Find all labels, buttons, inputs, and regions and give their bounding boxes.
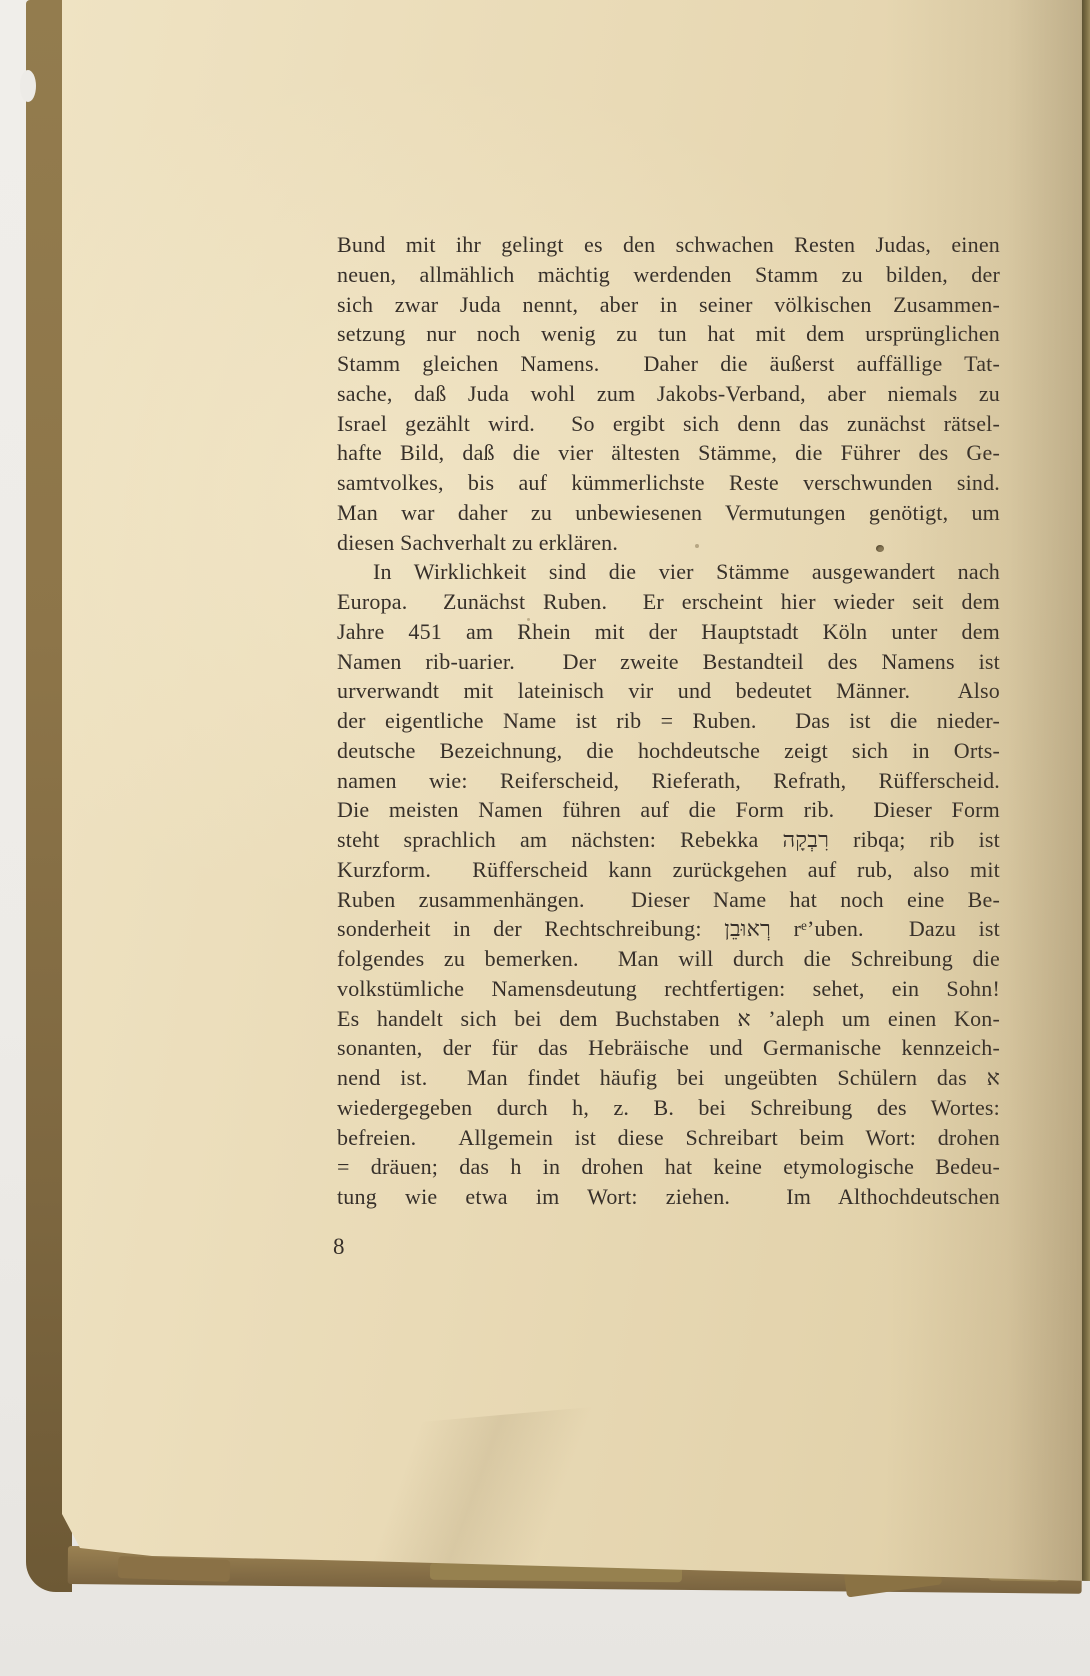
text-line: wiedergegeben durch h, z. B. bei Schreib… [337, 1093, 1000, 1123]
text-line: folgendes zu bemerken. Man will durch di… [337, 944, 1000, 974]
text-line: Europa. Zunächst Ruben. Er erscheint hie… [337, 587, 1000, 617]
text-line: Namen rib-uarier. Der zweite Bestandteil… [337, 647, 1000, 677]
text-line: diesen Sachverhalt zu erklären. [337, 528, 1000, 558]
page-number: 8 [333, 1232, 345, 1262]
text-line: Bund mit ihr gelingt es den schwachen Re… [337, 230, 1000, 260]
text-line: In Wirklichkeit sind die vier Stämme aus… [337, 557, 1000, 587]
text-line: sonderheit in der Rechtschreibung: רְאוּ… [337, 914, 1000, 944]
body-text: Bund mit ihr gelingt es den schwachen Re… [337, 230, 1000, 1212]
text-line: sache, daß Juda wohl zum Jakobs-Verband,… [337, 379, 1000, 409]
text-line: Ruben zusammenhängen. Dieser Name hat no… [337, 885, 1000, 915]
paragraph: Bund mit ihr gelingt es den schwachen Re… [337, 230, 1000, 557]
text-line: sonanten, der für das Hebräische und Ger… [337, 1033, 1000, 1063]
text-line: = dräuen; das h in drohen hat keine etym… [337, 1152, 1000, 1182]
text-line: befreien. Allgemein ist diese Schreibart… [337, 1123, 1000, 1153]
paper-speck [876, 545, 884, 552]
text-line: Es handelt sich bei dem Buchstaben א ’al… [337, 1004, 1000, 1034]
text-line: der eigentliche Name ist rib = Ruben. Da… [337, 706, 1000, 736]
text-line: Man war daher zu unbewiesenen Vermutunge… [337, 498, 1000, 528]
text-line: setzung nur noch wenig zu tun hat mit de… [337, 319, 1000, 349]
text-line: Israel gezählt wird. So ergibt sich denn… [337, 409, 1000, 439]
text-line: urverwandt mit lateinisch vir und bedeut… [337, 676, 1000, 706]
text-line: steht sprachlich am nächsten: Rebekka רִ… [337, 825, 1000, 855]
text-line: Stamm gleichen Namens. Daher die äußerst… [337, 349, 1000, 379]
text-line: namen wie: Reiferscheid, Rieferath, Refr… [337, 766, 1000, 796]
text-line: nend ist. Man findet häufig bei ungeübte… [337, 1063, 1000, 1093]
text-line: hafte Bild, daß die vier ältesten Stämme… [337, 438, 1000, 468]
page-right-edge [1082, 0, 1090, 1581]
paper-speck [695, 544, 699, 548]
text-line: Kurzform. Rüfferscheid kann zurückgehen … [337, 855, 1000, 885]
text-line: Jahre 451 am Rhein mit der Hauptstadt Kö… [337, 617, 1000, 647]
text-line: sich zwar Juda nennt, aber in seiner völ… [337, 290, 1000, 320]
text-line: samtvolkes, bis auf kümmerlichste Reste … [337, 468, 1000, 498]
paper-speck [527, 618, 530, 621]
paper-fragment [118, 1556, 231, 1582]
paragraph: In Wirklichkeit sind die vier Stämme aus… [337, 557, 1000, 1212]
book-page: Bund mit ihr gelingt es den schwachen Re… [62, 0, 1090, 1640]
text-line: tung wie etwa im Wort: ziehen. Im Althoc… [337, 1182, 1000, 1212]
text-line: deutsche Bezeichnung, die hochdeutsche z… [337, 736, 1000, 766]
board-notch [20, 70, 36, 102]
scanned-book-page: Bund mit ihr gelingt es den schwachen Re… [0, 0, 1090, 1676]
text-line: neuen, allmählich mächtig werdenden Stam… [337, 260, 1000, 290]
text-line: volkstümliche Namensdeutung rechtfertige… [337, 974, 1000, 1004]
text-line: Die meisten Namen führen auf die Form ri… [337, 795, 1000, 825]
